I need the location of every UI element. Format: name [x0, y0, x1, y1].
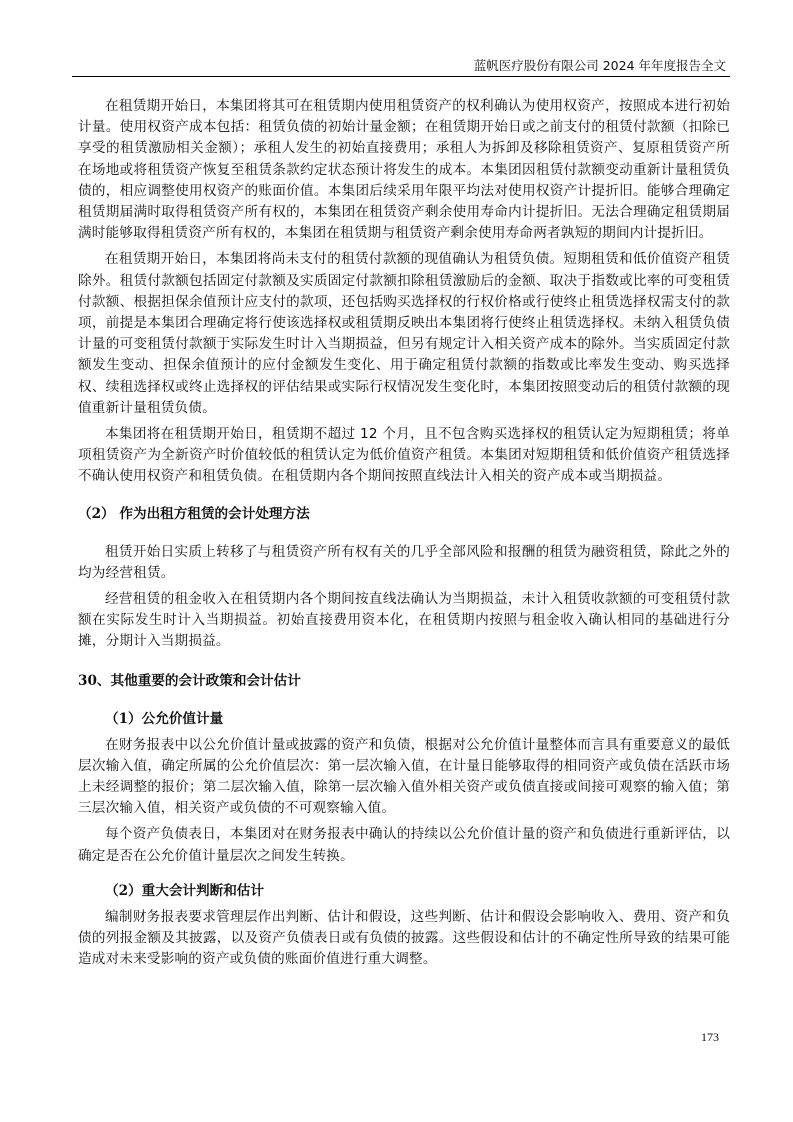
paragraph-fair-value-reassessment: 每个资产负债表日，本集团对在财务报表中确认的持续以公允价值计量的资产和负债进行重…: [78, 824, 730, 866]
page-number: 173: [701, 1030, 719, 1045]
document-body: 在租赁期开始日，本集团将其可在租赁期内使用租赁资产的权利确认为使用权资产，按照成…: [78, 96, 730, 976]
paragraph-finance-lease: 租赁开始日实质上转移了与租赁资产所有权有关的几乎全部风险和报酬的租赁为融资租赁，…: [78, 542, 730, 584]
paragraph-operating-lease: 经营租赁的租金收入在租赁期内各个期间按直线法确认为当期损益，未计入租赁收款额的可…: [78, 589, 730, 653]
report-title: 蓝帆医疗股份有限公司 2024 年年度报告全文: [474, 56, 726, 74]
paragraph-right-of-use-asset: 在租赁期开始日，本集团将其可在租赁期内使用租赁资产的权利确认为使用权资产，按照成…: [78, 96, 730, 244]
heading-other-policies: 30、其他重要的会计政策和会计估计: [78, 669, 730, 689]
paragraph-lease-liability: 在租赁期开始日，本集团将尚未支付的租赁付款额的现值确认为租赁负债。短期租赁和低价…: [78, 249, 730, 419]
heading-judgements-estimates: （2）重大会计判断和估计: [105, 879, 730, 899]
heading-lessor-accounting: （2） 作为出租方租赁的会计处理方法: [78, 502, 730, 522]
heading-fair-value: （1）公允价值计量: [105, 707, 730, 727]
paragraph-judgements: 编制财务报表要求管理层作出判断、估计和假设，这些判断、估计和假设会影响收入、费用…: [78, 907, 730, 971]
paragraph-fair-value-hierarchy: 在财务报表中以公允价值计量或披露的资产和负债，根据对公允价值计量整体而言具有重要…: [78, 735, 730, 820]
page-header: 蓝帆医疗股份有限公司 2024 年年度报告全文: [72, 52, 730, 77]
paragraph-short-term-lease: 本集团将在租赁期开始日，租赁期不超过 12 个月，且不包含购买选择权的租赁认定为…: [78, 424, 730, 488]
